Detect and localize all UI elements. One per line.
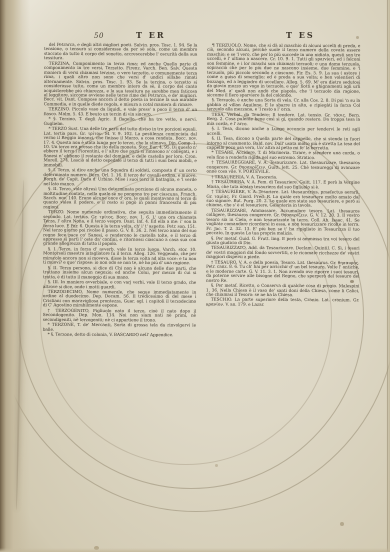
scanned-dictionary-page: 50 T ER T ES del Petrarca, e degli altri… <box>0 0 390 552</box>
running-head-left: T ER <box>136 30 165 40</box>
entry-terzina: TERZINA, Componimento in terza rima; ed … <box>44 62 197 108</box>
entry-terzone-sub: * §. Terzone, detto di colonia, V. BASCA… <box>43 333 196 338</box>
entry-terzo-ordinale: TERZO. Nome numerale ordinativo, che seg… <box>43 211 196 248</box>
entry-tesa: TESA, Verbal. da Tendere; Il tendere. La… <box>207 113 360 127</box>
entry-tesaurizzare: TESAURIZZARE, Ammassare, Accumulare teso… <box>206 209 359 237</box>
entry-terzo-sub-2: §. II. Terzo, vale altresì Una determina… <box>43 187 196 210</box>
paper-stain <box>340 522 344 526</box>
left-column: del Petrarca, e degli altri migliori poe… <box>42 43 197 436</box>
paper-stain <box>356 36 359 39</box>
page-edge-bottom <box>0 548 390 552</box>
running-head-right: T ES <box>286 30 315 40</box>
entry-terzo-sub-1: §. I. Terzo, si dice anche una Squadra d… <box>43 168 196 187</box>
page-edge-right-line <box>387 0 388 552</box>
entry-terzo-ordinale-sub-1: §. I. Terzo, in forza d' avverb. vale In… <box>43 247 196 266</box>
entry-teschio: TESCHIO. La parte superiore della testa,… <box>206 298 359 308</box>
entry-terzo-sust: * TERZO Sust. Una delle tre parti del tu… <box>43 127 196 168</box>
right-column: ¶ TERZUOLO. Nome, che si dà al maschio d… <box>205 44 360 437</box>
entry-terzodecimo: TERZODECIMO, Nome numerale, che segue im… <box>43 290 196 309</box>
entry-tesaureggiare: † TESAUREGGIARE, V. A. Tesaurizzare. Lat… <box>207 161 360 175</box>
page-number: 50 <box>94 32 104 40</box>
entry-tesa-sub-2: §. II. Tesa, dicono a Quella parte del c… <box>207 137 360 151</box>
entry-tesaurizzato: TESAURIZZATO, Add. da Tesaurizzare. Decl… <box>206 246 359 260</box>
paper-stain <box>215 464 218 467</box>
entry-tesauro: † TESAURO, V. A. e della poesia, Tesoro.… <box>206 261 359 284</box>
binding-gutter <box>0 0 30 552</box>
entry-terzo-ordinale-sub-2: §. II. Terza persona, si dice di Chi non… <box>43 266 196 280</box>
entry-terzuolo: ¶ TERZUOLO. Nome, che si dà al maschio d… <box>207 44 361 99</box>
entry-tesauriere: † TESAURIERE, V. A. Tesoriere. Lat. thes… <box>206 190 359 209</box>
entry-terzogenito: † TERZOGENITO, Figliuolo nato il terzo, … <box>43 309 196 323</box>
entry-tesauro-sub: §. Per metaf. Ricetto, o Conserva di qua… <box>206 284 359 298</box>
text-block: del Petrarca, e degli altri migliori poe… <box>42 43 360 436</box>
entry-continuation: del Petrarca, e degli altri migliori poe… <box>44 43 197 62</box>
entry-terzuolo-sub: §. Terzuolo, è anche una Sorta di vela. … <box>207 99 360 113</box>
